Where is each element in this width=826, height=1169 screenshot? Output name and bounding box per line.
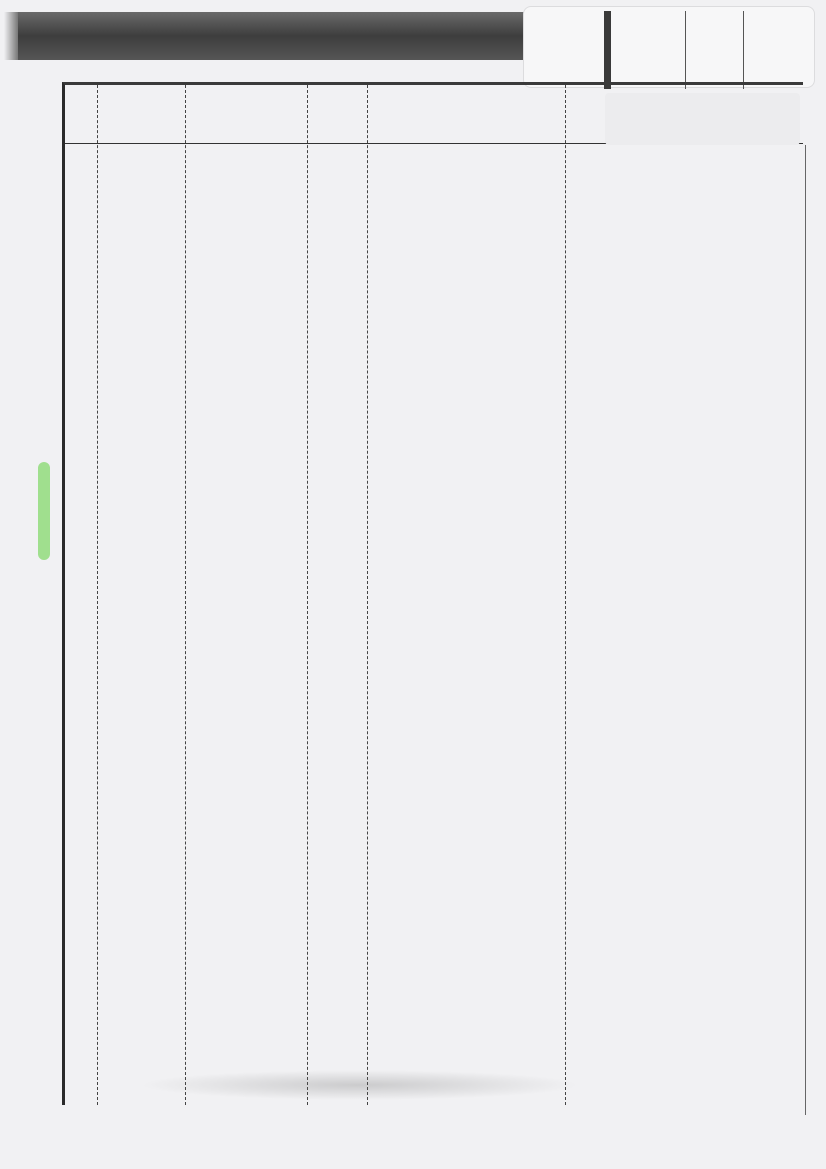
column-divider: [307, 85, 308, 1105]
column-divider: [367, 85, 368, 1105]
baptism-register-table: [62, 82, 803, 1105]
table-right-edge: [805, 145, 806, 1115]
column-divider: [185, 85, 186, 1105]
page-sticker: [605, 93, 800, 145]
label-bar: [604, 11, 611, 89]
label-divider: [685, 11, 686, 89]
highlight-margin-mark: [38, 462, 50, 560]
scan-shadow-band: [18, 12, 538, 60]
column-divider: [565, 85, 566, 1105]
column-divider: [97, 85, 98, 1105]
scan-shadow: [140, 1070, 580, 1100]
archive-label: [523, 6, 815, 88]
label-divider: [743, 11, 744, 89]
